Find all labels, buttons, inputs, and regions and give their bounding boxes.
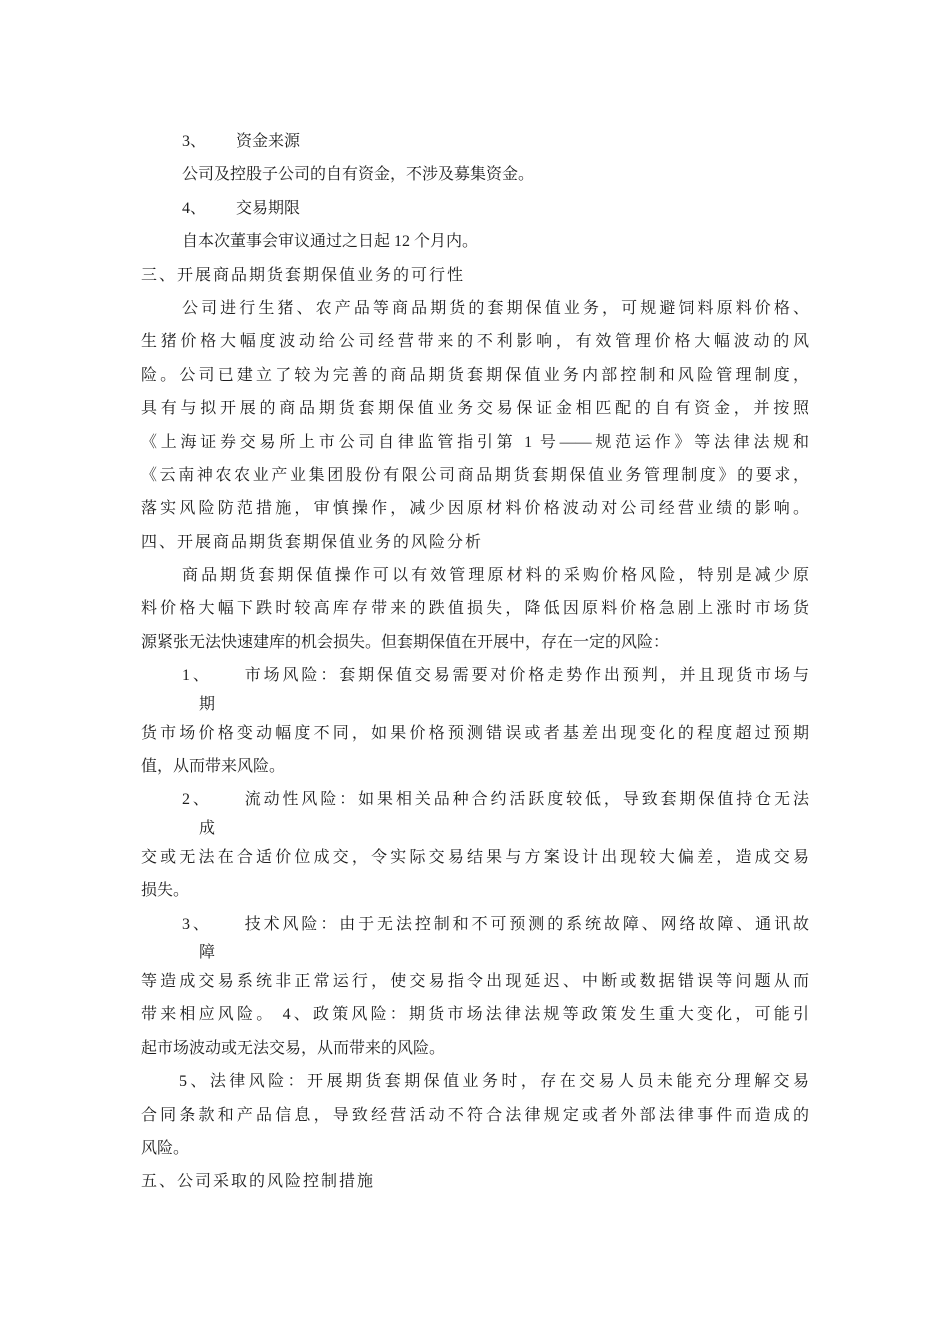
- list-item-number: 4、: [182, 200, 206, 217]
- list-item-market-risk: 1、市场风险：套期保值交易需要对价格走势作出预判，并且现货市场与: [141, 659, 809, 692]
- doc-line: 起市场波动或无法交易，从而带来的风险。: [141, 1032, 809, 1065]
- doc-line: 值，从而带来风险。: [141, 750, 809, 783]
- list-item-funding-source: 3、资金来源: [141, 125, 809, 158]
- doc-line: 损失。: [141, 874, 809, 907]
- doc-line-orphan: 期: [141, 693, 809, 717]
- list-item-number: 3、: [182, 916, 212, 933]
- section-heading-risk-controls: 五、公司采取的风险控制措施: [141, 1165, 809, 1198]
- doc-line: 交或无法在合适价位成交，令实际交易结果与方案设计出现较大偏差，造成交易: [141, 841, 809, 874]
- list-item-label: 交易期限: [236, 200, 300, 217]
- list-item-label: 流动性风险：如果相关品种合约活跃度较低，导致套期保值持仓无法: [242, 791, 809, 808]
- doc-line: 《上海证券交易所上市公司自律监管指引第 1 号——规范运作》等法律法规和: [141, 426, 809, 459]
- doc-line: 险。公司已建立了较为完善的商品期货套期保值业务内部控制和风险管理制度，: [141, 359, 809, 392]
- list-item-trade-term: 4、交易期限: [141, 192, 809, 225]
- list-item-number: 1、: [182, 667, 212, 684]
- doc-line: 具有与拟开展的商品期货套期保值业务交易保证金相匹配的自有资金，并按照: [141, 392, 809, 425]
- list-item-liquidity-risk: 2、流动性风险：如果相关品种合约活跃度较低，导致套期保值持仓无法: [141, 783, 809, 816]
- list-item-technical-risk: 3、技术风险：由于无法控制和不可预测的系统故障、网络故障、通讯故: [141, 908, 809, 941]
- doc-line-orphan: 障: [141, 941, 809, 965]
- list-item-number: 2、: [182, 791, 212, 808]
- doc-line: 源紧张无法快速建库的机会损失。但套期保值在开展中，存在一定的风险：: [141, 626, 809, 659]
- document-body: 3、资金来源 公司及控股子公司的自有资金，不涉及募集资金。 4、交易期限 自本次…: [141, 125, 809, 1199]
- list-item-number: 3、: [182, 133, 206, 150]
- doc-line: 落实风险防范措施，审慎操作，减少因原材料价格波动对公司经营业绩的影响。: [141, 492, 809, 525]
- doc-line: 自本次董事会审议通过之日起 12 个月内。: [141, 225, 809, 258]
- list-item-label: 资金来源: [236, 133, 300, 150]
- list-item-legal-risk: 5、法律风险：开展期货套期保值业务时，存在交易人员未能充分理解交易: [141, 1065, 809, 1098]
- list-item-label: 技术风险：由于无法控制和不可预测的系统故障、网络故障、通讯故: [242, 916, 809, 933]
- doc-line: 《云南神农农业产业集团股份有限公司商品期货套期保值业务管理制度》的要求，: [141, 459, 809, 492]
- doc-line-orphan: 成: [141, 817, 809, 841]
- doc-line: 料价格大幅下跌时较高库存带来的跌值损失，降低因原料价格急剧上涨时市场货: [141, 592, 809, 625]
- doc-line: 风险。: [141, 1132, 809, 1165]
- section-heading-feasibility: 三、开展商品期货套期保值业务的可行性: [141, 259, 809, 292]
- doc-line: 公司进行生猪、农产品等商品期货的套期保值业务，可规避饲料原料价格、: [141, 292, 809, 325]
- doc-line-policy-risk: 带来相应风险。 4、政策风险：期货市场法律法规等政策发生重大变化，可能引: [141, 998, 809, 1031]
- doc-line: 公司及控股子公司的自有资金，不涉及募集资金。: [141, 158, 809, 191]
- doc-line: 合同条款和产品信息，导致经营活动不符合法律规定或者外部法律事件而造成的: [141, 1099, 809, 1132]
- doc-line: 商品期货套期保值操作可以有效管理原材料的采购价格风险，特别是减少原: [141, 559, 809, 592]
- doc-line: 等造成交易系统非正常运行，使交易指令出现延迟、中断或数据错误等问题从而: [141, 965, 809, 998]
- document-page: 3、资金来源 公司及控股子公司的自有资金，不涉及募集资金。 4、交易期限 自本次…: [0, 0, 950, 1344]
- doc-line: 生猪价格大幅度波动给公司经营带来的不利影响，有效管理价格大幅波动的风: [141, 325, 809, 358]
- list-item-label: 市场风险：套期保值交易需要对价格走势作出预判，并且现货市场与: [242, 667, 809, 684]
- section-heading-risk-analysis: 四、开展商品期货套期保值业务的风险分析: [141, 526, 809, 559]
- doc-line: 货市场价格变动幅度不同，如果价格预测错误或者基差出现变化的程度超过预期: [141, 717, 809, 750]
